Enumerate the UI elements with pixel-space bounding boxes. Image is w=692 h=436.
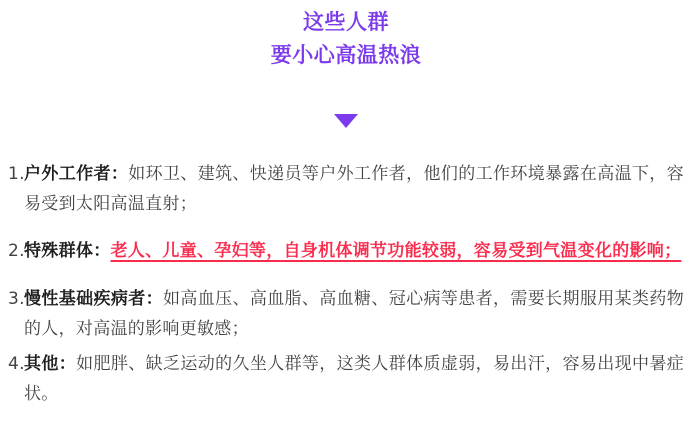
list-item-special-groups: 2.特殊群体：老人、儿童、孕妇等，自身机体调节功能较弱，容易受到气温变化的影响； (8, 236, 684, 266)
list-item-number: 1. (8, 159, 25, 189)
list-item-number: 3. (8, 284, 25, 314)
down-triangle-icon (334, 114, 358, 128)
risk-group-list: 1.户外工作者：如环卫、建筑、快递员等户外工作者，他们的工作环境暴露在高温下，容… (8, 159, 684, 409)
list-item-lead: 慢性基础疾病者： (24, 289, 163, 309)
page-title-line-1: 这些人群 (0, 6, 692, 39)
list-item-chronic-disease: 3.慢性基础疾病者：如高血压、高血脂、高血糖、冠心病等患者，需要长期服用某类药物… (8, 284, 684, 344)
list-item-lead: 其他： (24, 354, 76, 374)
article-header: 这些人群 要小心高温热浪 (0, 0, 692, 128)
list-item-lead: 特殊群体： (24, 241, 111, 261)
list-item-highlight-text: 老人、儿童、孕妇等，自身机体调节功能较弱，容易受到气温变化的影响； (111, 241, 682, 261)
list-item-lead: 户外工作者： (24, 164, 128, 184)
list-item-text: 如肥胖、缺乏运动的久坐人群等，这类人群体质虚弱，易出汗，容易出现中暑症状。 (24, 354, 684, 404)
list-item-number: 2. (8, 236, 25, 266)
list-item-outdoor-workers: 1.户外工作者：如环卫、建筑、快递员等户外工作者，他们的工作环境暴露在高温下，容… (8, 159, 684, 219)
list-item-number: 4. (8, 349, 25, 379)
list-item-others: 4.其他：如肥胖、缺乏运动的久坐人群等，这类人群体质虚弱，易出汗，容易出现中暑症… (8, 349, 684, 409)
page-title-line-2: 要小心高温热浪 (0, 39, 692, 72)
article-page: 这些人群 要小心高温热浪 1.户外工作者：如环卫、建筑、快递员等户外工作者，他们… (0, 0, 692, 436)
